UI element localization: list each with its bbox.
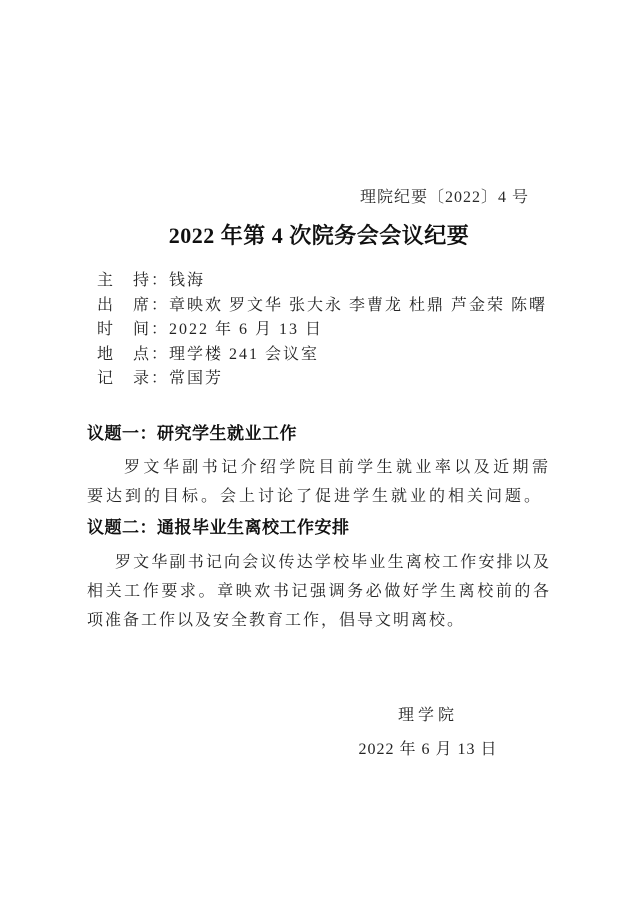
meta-block: 主 持：钱海 出 席：章映欢 罗文华 张大永 李曹龙 杜鼎 芦金荣 陈曙 时 间… — [97, 269, 551, 392]
meta-location: 地 点：理学楼 241 会议室 — [97, 343, 551, 368]
meta-attendees: 出 席：章映欢 罗文华 张大永 李曹龙 杜鼎 芦金荣 陈曙 — [97, 294, 551, 319]
meta-recorder: 记 录：常国芳 — [97, 367, 551, 392]
doc-number: 理院纪要〔2022〕4 号 — [87, 188, 551, 208]
topic-1-body: 罗文华副书记介绍学院目前学生就业率以及近期需要达到的目标。会上讨论了促进学生就业… — [87, 453, 551, 511]
document-page: 理院纪要〔2022〕4 号 2022 年第 4 次院务会会议纪要 主 持：钱海 … — [0, 0, 639, 904]
document-title: 2022 年第 4 次院务会会议纪要 — [87, 221, 551, 251]
signature-date: 2022 年 6 月 13 日 — [328, 740, 528, 760]
topic-1-heading: 议题一：研究学生就业工作 — [87, 421, 551, 447]
document-content: 理院纪要〔2022〕4 号 2022 年第 4 次院务会会议纪要 主 持：钱海 … — [0, 0, 639, 635]
meta-host: 主 持：钱海 — [97, 269, 551, 294]
topic-2-body: 罗文华副书记向会议传达学校毕业生离校工作安排以及相关工作要求。章映欢书记强调务必… — [87, 548, 551, 635]
signature-block: 理学院 2022 年 6 月 13 日 — [328, 706, 528, 760]
signature-org: 理学院 — [328, 706, 528, 726]
meta-time: 时 间：2022 年 6 月 13 日 — [97, 318, 551, 343]
topic-2-heading: 议题二：通报毕业生离校工作安排 — [87, 515, 551, 541]
